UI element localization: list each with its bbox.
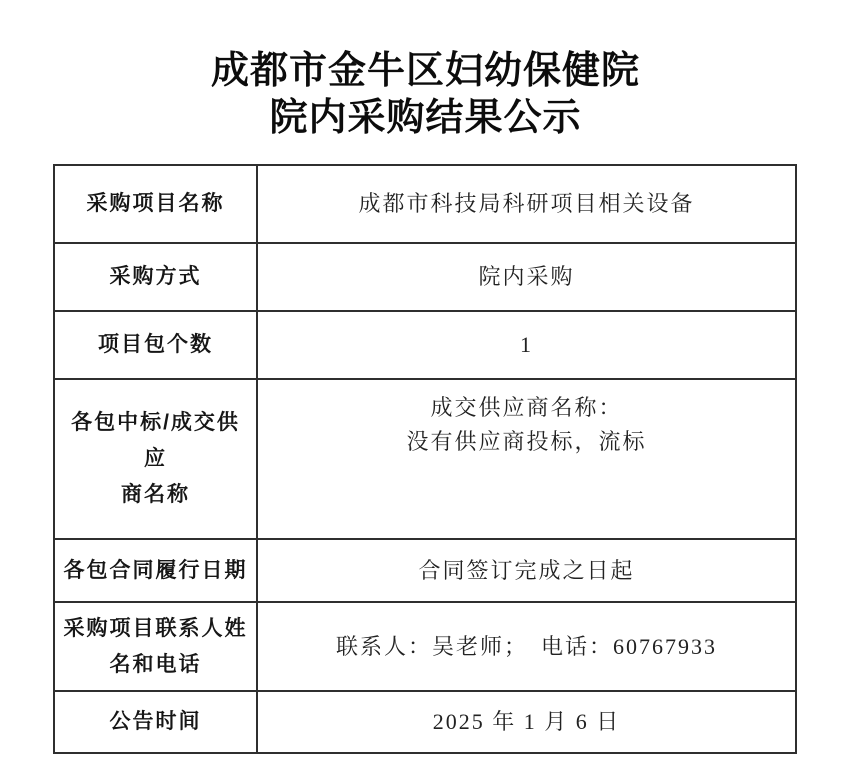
- row-label: 项目包个数: [55, 312, 258, 378]
- table-row-procurement-method: 采购方式 院内采购: [55, 244, 795, 312]
- table-row-contact-info: 采购项目联系人姓 名和电话 联系人：吴老师； 电话：60767933: [55, 603, 795, 692]
- row-value: 成都市科技局科研项目相关设备: [258, 166, 795, 242]
- row-label: 各包合同履行日期: [55, 540, 258, 601]
- page-title: 成都市金牛区妇幼保健院 院内采购结果公示: [0, 0, 851, 142]
- row-value-line-1: 成交供应商名称：: [430, 391, 622, 425]
- table-row-contract-date: 各包合同履行日期 合同签订完成之日起: [55, 540, 795, 603]
- page-title-line-2: 院内采购结果公示: [0, 95, 851, 142]
- row-value-line-2: 没有供应商投标，流标: [406, 425, 646, 459]
- row-label-line-1: 各包中标/成交供应: [63, 405, 248, 477]
- table-row-winning-supplier: 各包中标/成交供应 商名称 成交供应商名称： 没有供应商投标，流标: [55, 380, 795, 540]
- row-value: 2025 年 1 月 6 日: [258, 692, 795, 752]
- row-label-line-2: 商名称: [121, 477, 190, 513]
- page-title-line-1: 成都市金牛区妇幼保健院: [0, 48, 851, 95]
- row-label: 采购项目联系人姓 名和电话: [55, 603, 258, 690]
- row-value: 成交供应商名称： 没有供应商投标，流标: [258, 380, 795, 538]
- table-row-project-name: 采购项目名称 成都市科技局科研项目相关设备: [55, 166, 795, 244]
- row-label: 公告时间: [55, 692, 258, 752]
- row-value: 合同签订完成之日起: [258, 540, 795, 601]
- row-label-line-1: 采购项目联系人姓: [64, 611, 248, 647]
- row-label: 采购项目名称: [55, 166, 258, 242]
- row-label: 各包中标/成交供应 商名称: [55, 380, 258, 538]
- row-value: 院内采购: [258, 244, 795, 310]
- table-row-announcement-date: 公告时间 2025 年 1 月 6 日: [55, 692, 795, 752]
- row-value: 1: [258, 312, 795, 378]
- table-row-package-count: 项目包个数 1: [55, 312, 795, 380]
- row-label-line-2: 名和电话: [110, 647, 202, 683]
- procurement-result-table: 采购项目名称 成都市科技局科研项目相关设备 采购方式 院内采购 项目包个数 1 …: [53, 164, 797, 754]
- row-value: 联系人：吴老师； 电话：60767933: [258, 603, 795, 690]
- row-label: 采购方式: [55, 244, 258, 310]
